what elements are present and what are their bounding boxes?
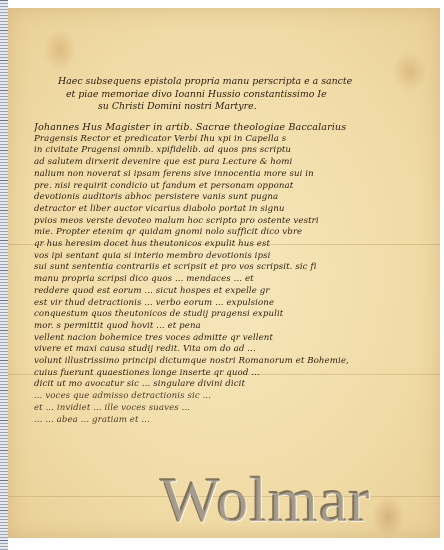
body-line: reddere quod est eorum ... sicut hospes … <box>34 286 364 298</box>
body-line: ... voces que admisso detractionis sic .… <box>34 391 364 403</box>
body-line: dicit ut mo avocatur sic ... singulare d… <box>34 379 364 391</box>
heading-line: et piae memoriae divo Ioanni Hussio cons… <box>58 89 358 102</box>
body-line: vivere et maxi causa studij redit. Vita … <box>34 344 364 356</box>
body-line: Johannes Hus Magister in artib. Sacrae t… <box>34 122 364 134</box>
body-line: et ... invidiet ... ille voces suaves ..… <box>34 403 364 415</box>
body-line: ad salutem dirxerit devenire que est pur… <box>34 157 364 169</box>
manuscript-heading: Haec subsequens epistola propria manu pe… <box>58 76 358 114</box>
body-line: mie. Propter etenim qr quidam gnomi nolo… <box>34 227 364 239</box>
body-line: qr hus heresim docet hus theutonicos exp… <box>34 239 364 251</box>
body-line: pvios meos verste devoteo malum hoc scri… <box>34 216 364 228</box>
body-line: sui sunt sententia contrariis et scripsi… <box>34 262 364 274</box>
body-line: vellent nacion bohemice tres voces admit… <box>34 333 364 345</box>
body-line: in civitate Pragensi omnib. xpifidelib. … <box>34 145 364 157</box>
body-line: conquestum quos theutonicos de studij pr… <box>34 309 364 321</box>
body-line: devotionis auditoris abhoc persistere va… <box>34 192 364 204</box>
watermark-text: Wolmar <box>160 468 371 532</box>
body-line: nalium non noverat si ipsam ferens sive … <box>34 169 364 181</box>
ruler-major-ticks <box>0 0 8 550</box>
body-line: detractor et liber auctor vicarius diabo… <box>34 204 364 216</box>
body-line: volunt illustrissimo principi dictumque … <box>34 356 364 368</box>
body-line: cuius fuerunt quaestiones longe inserte … <box>34 368 364 380</box>
scale-ruler <box>0 0 8 550</box>
body-line: est vir thud detractionis ... verbo eoru… <box>34 298 364 310</box>
body-line: ... ... abea ... gratiam et ... <box>34 415 364 427</box>
body-line: mor. s permittit quod hovit ... et pena <box>34 321 364 333</box>
body-line: vos ipi sentant quia si interio membro d… <box>34 251 364 263</box>
manuscript-body: Johannes Hus Magister in artib. Sacrae t… <box>34 122 364 426</box>
heading-line: su Christi Domini nostri Martyre. <box>58 101 358 114</box>
body-line: Pragensis Rector et predicator Verbi Ihu… <box>34 134 364 146</box>
body-line: pre. nisi requirit condicio ut fandum et… <box>34 181 364 193</box>
body-line: manu propria scripsi dico quos ... menda… <box>34 274 364 286</box>
heading-line: Haec subsequens epistola propria manu pe… <box>58 76 358 89</box>
